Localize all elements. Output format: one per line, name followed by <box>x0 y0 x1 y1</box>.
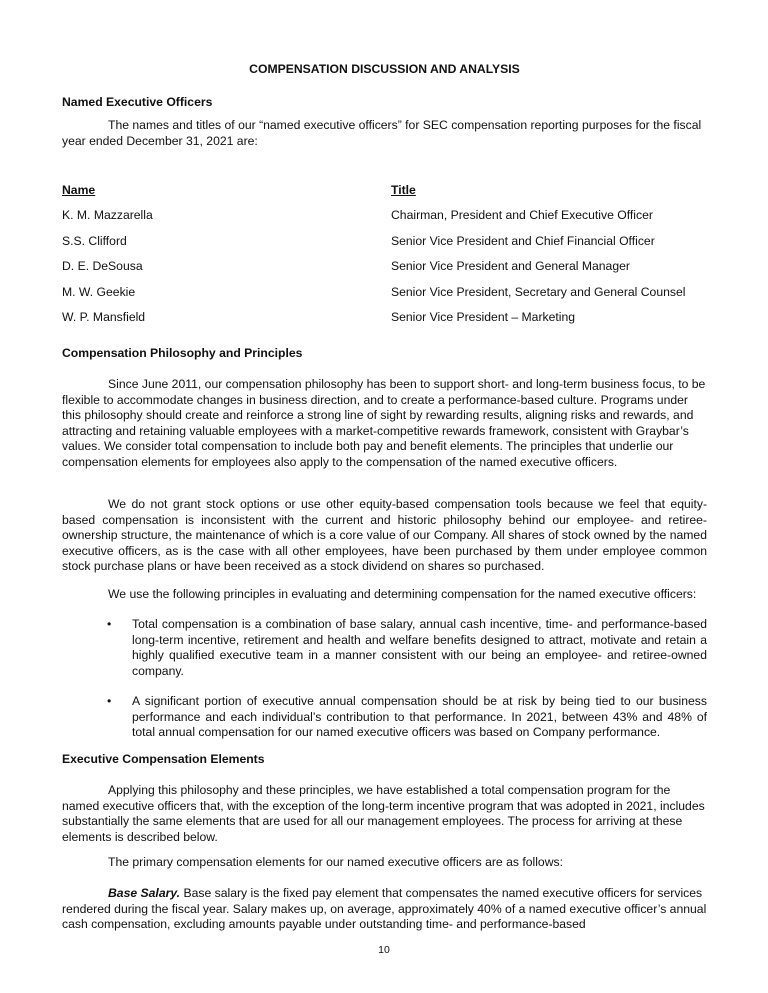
officer-title: Chairman, President and Chief Executive … <box>391 208 653 224</box>
officer-title: Senior Vice President and Chief Financia… <box>391 234 655 250</box>
officer-title: Senior Vice President – Marketing <box>391 310 575 326</box>
officer-name: D. E. DeSousa <box>62 259 143 275</box>
base-salary-label: Base Salary. <box>108 886 180 900</box>
list-item: • A significant portion of executive ann… <box>62 694 707 741</box>
list-item-text: A significant portion of executive annua… <box>132 694 707 739</box>
principles-list: • Total compensation is a combination of… <box>62 617 707 741</box>
officers-table-header: Name Title <box>62 183 707 208</box>
elements-paragraph-2: The primary compensation elements for ou… <box>62 855 707 871</box>
table-row: M. W. Geekie Senior Vice President, Secr… <box>62 285 707 310</box>
base-salary-paragraph: Base Salary. Base salary is the fixed pa… <box>62 886 707 933</box>
column-header-name: Name <box>62 183 95 199</box>
bullet-icon: • <box>107 617 111 633</box>
bullet-icon: • <box>107 694 111 710</box>
table-row: D. E. DeSousa Senior Vice President and … <box>62 259 707 284</box>
table-row: K. M. Mazzarella Chairman, President and… <box>62 208 707 233</box>
elements-paragraph-1: Applying this philosophy and these princ… <box>62 783 707 845</box>
officer-title: Senior Vice President and General Manage… <box>391 259 630 275</box>
officer-title: Senior Vice President, Secretary and Gen… <box>391 285 685 301</box>
page-title: COMPENSATION DISCUSSION AND ANALYSIS <box>62 62 707 78</box>
table-row: W. P. Mansfield Senior Vice President – … <box>62 310 707 335</box>
philosophy-paragraph-3: We use the following principles in evalu… <box>62 587 707 603</box>
table-row: S.S. Clifford Senior Vice President and … <box>62 234 707 259</box>
list-item: • Total compensation is a combination of… <box>62 617 707 679</box>
philosophy-paragraph-2: We do not grant stock options or use oth… <box>62 497 707 575</box>
section-heading-named-officers: Named Executive Officers <box>62 95 212 111</box>
philosophy-paragraph-1: Since June 2011, our compensation philos… <box>62 377 707 470</box>
officers-table: Name Title K. M. Mazzarella Chairman, Pr… <box>62 183 707 335</box>
section-heading-elements: Executive Compensation Elements <box>62 752 265 768</box>
officer-name: W. P. Mansfield <box>62 310 145 326</box>
page-number: 10 <box>0 943 768 959</box>
officer-name: K. M. Mazzarella <box>62 208 153 224</box>
section-heading-philosophy: Compensation Philosophy and Principles <box>62 346 302 362</box>
officer-name: S.S. Clifford <box>62 234 127 250</box>
column-header-title: Title <box>391 183 416 199</box>
list-item-text: Total compensation is a combination of b… <box>132 617 707 678</box>
named-officers-intro: The names and titles of our “named execu… <box>62 118 707 149</box>
officer-name: M. W. Geekie <box>62 285 135 301</box>
